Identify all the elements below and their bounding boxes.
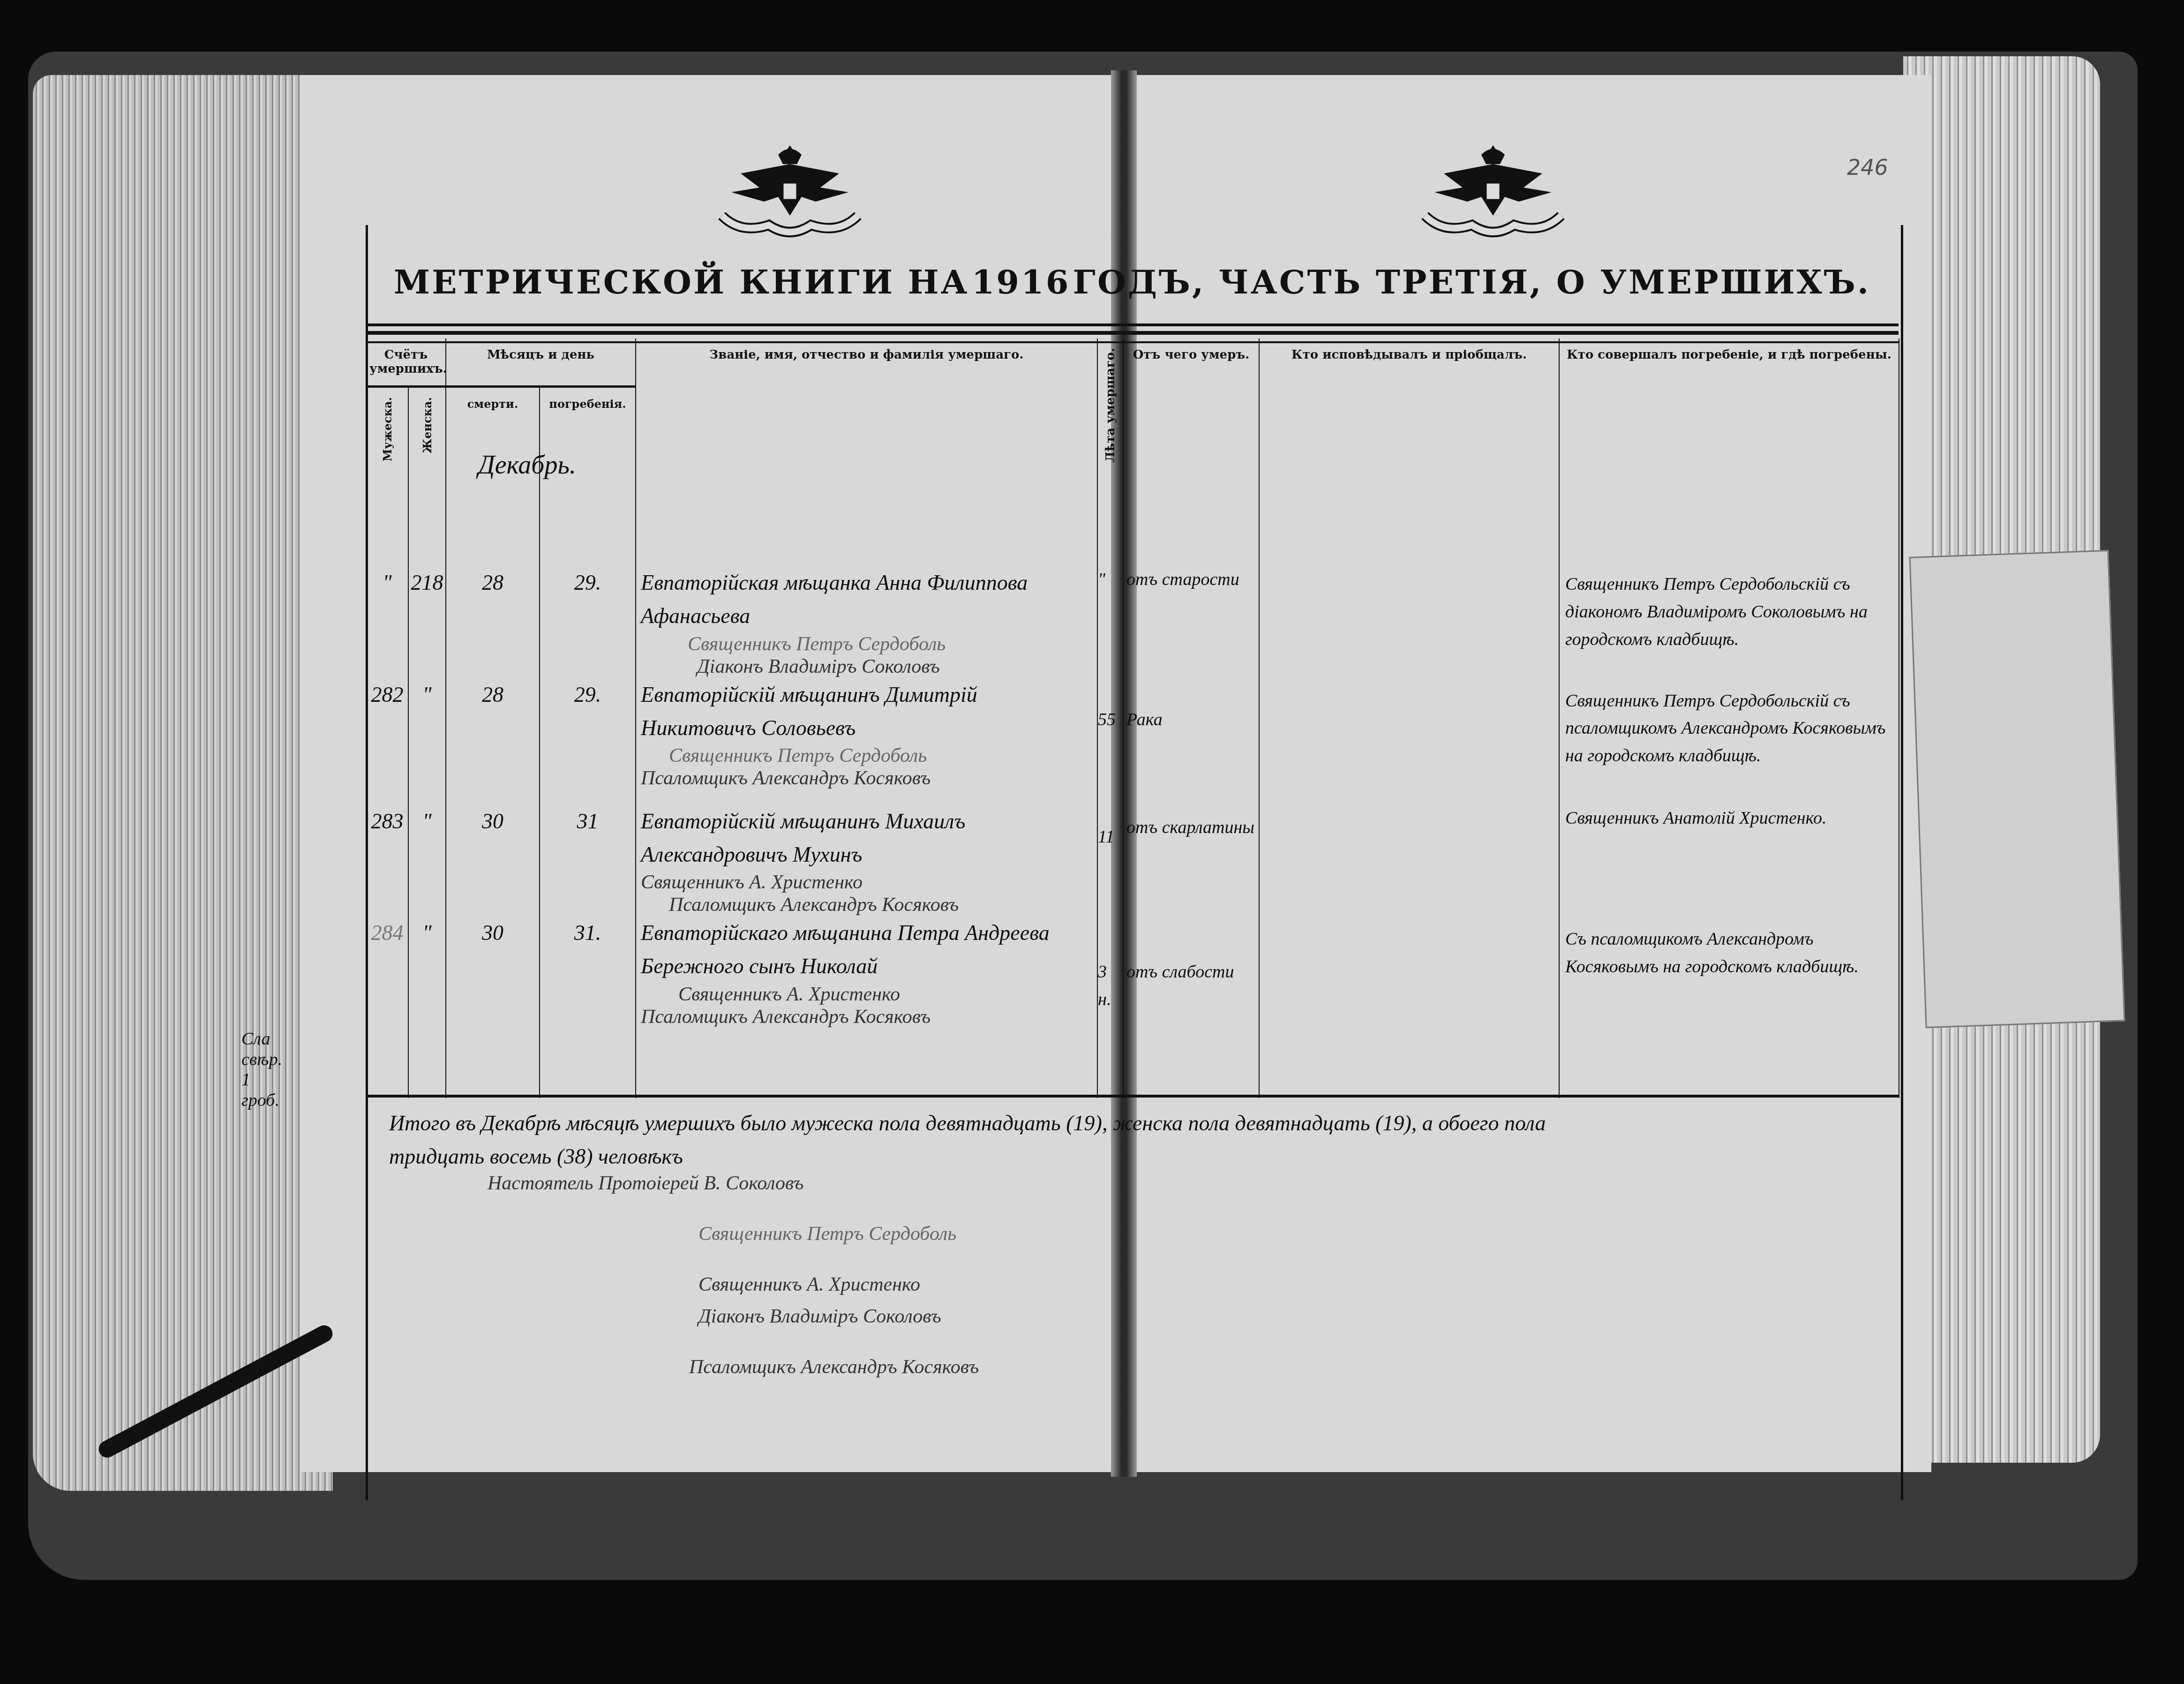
month-label: Декабрь. [478,450,576,480]
header-burial-day: погребенія. [540,387,636,501]
header-age: Лѣта умершаго. [1097,338,1123,500]
signature: Священникъ А. Христенко [641,983,1092,1006]
table-row: 282 " 28 29. Евпаторійскій мѣщанинъ Дими… [366,678,1899,804]
signature: Священникъ Петръ Сердоболь [641,633,1092,655]
margin-note: Сла свѣр. 1 гроб. [241,1029,284,1111]
title-year: 1916 [972,263,1071,301]
monthly-summary: Итого въ Декабрѣ мѣсяцѣ умершихъ было му… [389,1106,1936,1173]
header-confessor: Кто исповѣдывалъ и пріобщалъ. [1259,338,1559,500]
signature-priest-1: Священникъ Петръ Сердоболь [698,1223,1144,1245]
signature: Псаломщикъ Александръ Косяковъ [641,767,1092,789]
header-male: Мужеска. [366,387,408,501]
header-name: Званіе, имя, отчество и фамилія умершаго… [636,338,1097,500]
loose-paper-flap [1909,550,2125,1028]
deceased-name: Евпаторійскій мѣщанинъ Димитрій Никитови… [641,678,1092,745]
page-stack-left [33,75,333,1491]
header-cause: Отъ чего умеръ. [1123,338,1259,500]
page-number: 246 [1847,155,1888,180]
title-suffix: ГОДЪ, ЧАСТЬ ТРЕТІЯ, О УМЕРШИХЪ. [1073,263,1871,301]
signature: Псаломщикъ Александръ Косяковъ [641,894,1092,916]
deceased-name: Евпаторійскаго мѣщанина Петра Андреева Б… [641,916,1092,983]
signature-priest-2: Священникъ А. Христенко [698,1273,1144,1296]
deceased-name: Евпаторійскій мѣщанинъ Михаилъ Александр… [641,804,1092,872]
signature: Псаломщикъ Александръ Косяковъ [641,1006,1092,1028]
signature: Діаконъ Владиміръ Соколовъ [641,655,1092,678]
signature: Священникъ А. Христенко [641,871,1092,894]
header-date: Мѣсяцъ и день [446,338,636,387]
header-row: Счётъ умершихъ. Мѣсяцъ и день Званіе, им… [366,338,1899,387]
signature-rector: Настоятель Протоіерей В. Соколовъ [488,1172,1144,1195]
header-burial: Кто совершалъ погребеніе, и гдѣ погребен… [1559,338,1899,500]
signature-psalmist: Псаломщикъ Александръ Косяковъ [689,1356,1144,1378]
death-register-table: Счётъ умершихъ. Мѣсяцъ и день Званіе, им… [366,338,1899,1098]
signature: Священникъ Петръ Сердоболь [641,744,1092,767]
table-row: 283 " 30 31 Евпаторійскій мѣщанинъ Михаи… [366,804,1899,917]
table-row: 284 " 30 31. Евпаторійскаго мѣщанина Пет… [366,916,1899,1098]
header-count: Счётъ умершихъ. [366,338,446,387]
header-death-day: смерти. [446,387,540,501]
header-female: Женска. [408,387,446,501]
closing-signatures: Настоятель Протоіерей В. Соколовъ Священ… [488,1172,1144,1406]
page-title: МЕТРИЧЕСКОЙ КНИГИ НА 1916 ГОДЪ, ЧАСТЬ ТР… [366,263,1899,319]
table-row: " 218 28 29. Евпаторійская мѣщанка Анна … [366,500,1899,678]
summary-line-2: тридцать восемь (38) человѣкъ [389,1140,1936,1173]
signature-deacon: Діаконъ Владиміръ Соколовъ [698,1305,1144,1328]
summary-line-1: Итого въ Декабрѣ мѣсяцѣ умершихъ было му… [389,1106,1936,1140]
title-prefix: МЕТРИЧЕСКОЙ КНИГИ НА [394,263,969,301]
deceased-name: Евпаторійская мѣщанка Анна Филиппова Афа… [641,566,1092,633]
table-bottom-rule [366,1095,1899,1098]
